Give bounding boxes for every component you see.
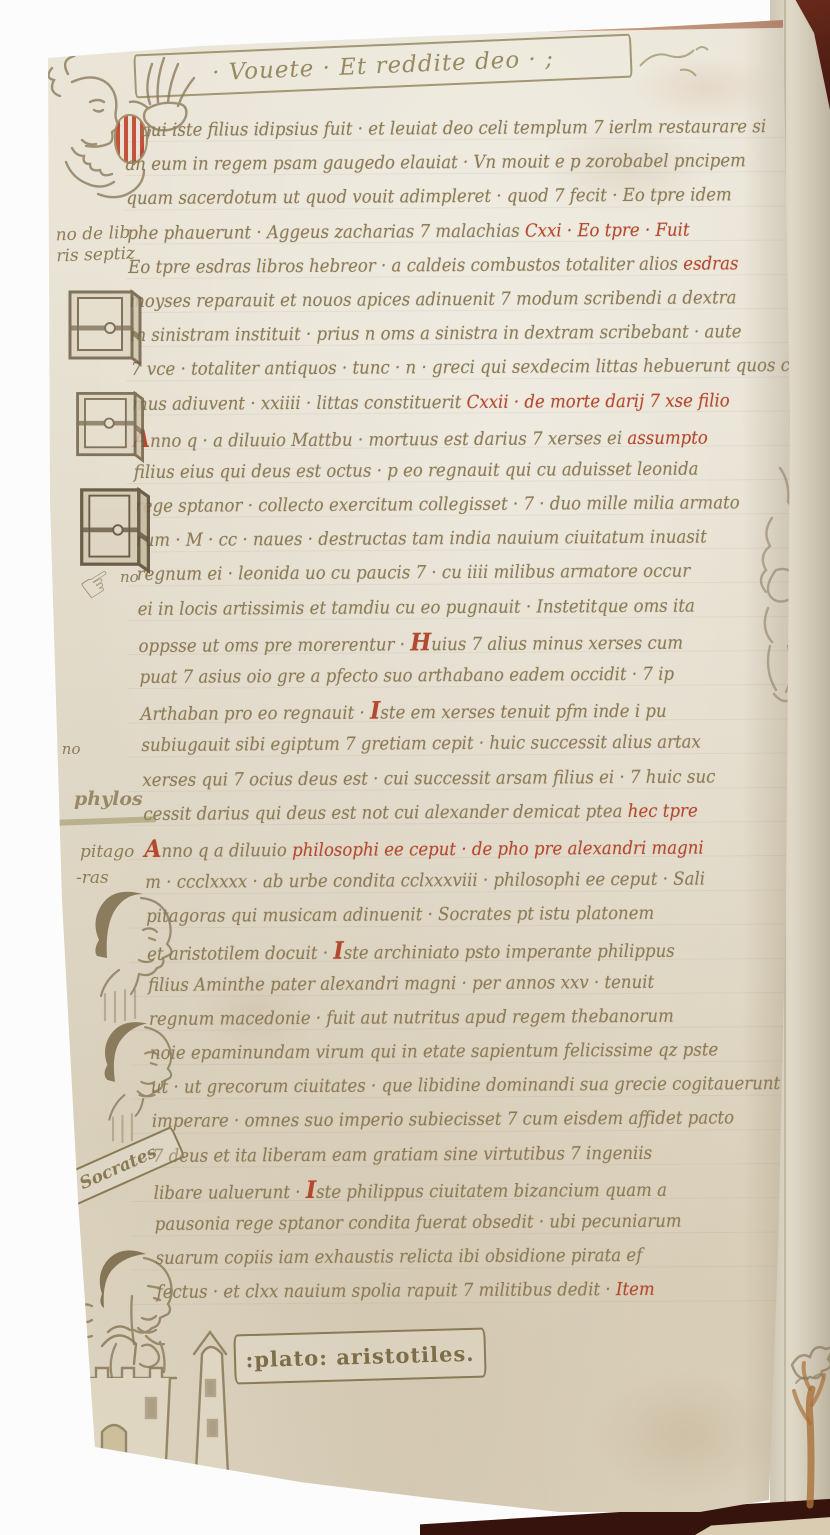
text-segment: m · ccclxxxx · ab urbe condita cclxxxvii…	[145, 869, 705, 893]
text-segment: ste em xerses tenuit pfm inde i pu	[380, 701, 666, 724]
text-segment: suarum copiis iam exhaustis relicta ibi …	[156, 1245, 643, 1269]
text-segment: nno q · a diluuio Mattbu · mortuus est d…	[150, 428, 627, 452]
text-segment: ei in locis artissimis et tamdiu cu eo p…	[138, 595, 695, 619]
text-segment: Eo tpre esdras libros hebreor · a caldei…	[128, 253, 683, 277]
margin-label-pitagoras: pitago	[80, 842, 134, 862]
text-line: Anno q a diluuio philosophi ee ceput · d…	[129, 828, 747, 866]
text-line: an eum in regem psam gaugedo elauiat · V…	[125, 144, 743, 182]
margin-note-nota: o no	[48, 740, 81, 758]
text-line: aui iste filius idipsius fuit · et leuia…	[124, 110, 742, 148]
text-line: xerses qui 7 ocius deus est · cui succes…	[128, 760, 746, 798]
plato-aristotle-banner-text: :plato: aristotiles.	[245, 1340, 475, 1371]
text-line: 7 vce · totaliter antiquos · tunc · n · …	[126, 350, 744, 388]
philosopher-head-drawing	[78, 886, 200, 1026]
text-segment: ut · ut grecorum ciuitates · que libidin…	[151, 1073, 780, 1098]
text-segment: regnum ei · leonida uo cu paucis 7 · cu …	[137, 561, 691, 585]
text-segment: libare ualuerunt ·	[154, 1182, 306, 1204]
manuscript-photo: · Vouete · Et reddite deo · ; aui iste f…	[0, 0, 830, 1535]
codex-icon	[76, 482, 156, 574]
text-segment: filius eius qui deus est octus · p eo re…	[134, 458, 699, 482]
text-line: puat 7 asius oio gre a pfecto suo arthab…	[128, 657, 746, 695]
banner-flourish	[636, 36, 716, 86]
text-segment: moyses reparauit et nouos apices adinuen…	[129, 287, 736, 312]
text-segment: cessit darius qui deus est not cui alexa…	[143, 801, 628, 825]
text-segment: 7 deus et ita liberam eam gratiam sine v…	[153, 1142, 652, 1166]
text-segment: nno q a diluuio	[161, 840, 292, 862]
text-line: libare ualuerunt · Iste philippus ciuita…	[131, 1170, 749, 1208]
text-segment: uius 7 alius minus xerses cum	[431, 632, 683, 655]
text-segment: Item	[616, 1279, 655, 1300]
text-segment: hec tpre	[628, 800, 698, 821]
text-segment: phe phauerunt · Aggeus zacharias 7 malac…	[127, 220, 525, 243]
text-line: in sinistram instituit · prius n oms a s…	[126, 315, 744, 353]
text-segment: A	[144, 834, 161, 863]
text-line: Arthaban pro eo regnauit · Iste em xerse…	[128, 691, 746, 729]
text-segment: ste archiniato psto imperante philippus	[344, 940, 675, 963]
text-line: filius Aminthe pater alexandri magni · p…	[130, 965, 748, 1003]
text-line: pitagoras qui musicam adinuenit · Socrat…	[129, 897, 747, 935]
margin-label-pitagoras: -ras	[76, 868, 109, 888]
text-block: aui iste filius idipsius fuit · et leuia…	[124, 110, 803, 1311]
text-line: quam sacerdotum ut quod vouit adimpleret…	[125, 179, 743, 217]
margin-label-philos: phylos	[74, 788, 143, 810]
text-segment: rege sptanor · collecto exercitum colleg…	[135, 492, 740, 517]
text-line: suarum copiis iam exhaustis relicta ibi …	[131, 1238, 749, 1276]
margin-note-books: no de lib ris septiz	[55, 223, 135, 268]
text-line: regnum macedonie · fuit aut nutritus apu…	[130, 999, 748, 1037]
text-segment: Arthaban pro eo regnauit ·	[140, 703, 370, 725]
text-line: moyses reparauit et nouos apices adinuen…	[125, 281, 743, 319]
plato-aristotle-banner: :plato: aristotiles.	[233, 1327, 486, 1384]
text-line: regnum ei · leonida uo cu paucis 7 · cu …	[127, 555, 745, 593]
text-line: m · ccclxxxx · ab urbe condita cclxxxvii…	[129, 862, 747, 900]
text-line: filius eius qui deus est octus · p eo re…	[126, 452, 744, 490]
text-line: phe phauerunt · Aggeus zacharias 7 malac…	[125, 213, 743, 251]
text-segment: rum · M · cc · naues · destructas tam in…	[136, 527, 707, 551]
text-line: fectus · et clxx nauium spolia rapuit 7 …	[131, 1273, 749, 1311]
text-line: oppsse ut oms pre morerentur · Huius 7 a…	[127, 623, 745, 661]
text-segment: oppsse ut oms pre morerentur ·	[139, 634, 411, 657]
text-segment: imperare · omnes suo imperio subiecisset…	[152, 1108, 734, 1133]
text-segment: 7 vce · totaliter antiquos · tunc · n · …	[131, 355, 824, 380]
text-segment: I	[306, 1175, 317, 1204]
text-segment: H	[410, 627, 431, 656]
text-segment: in sinistram instituit · prius n oms a s…	[130, 321, 742, 346]
text-segment: puat 7 asius oio gre a pfecto suo arthab…	[140, 664, 675, 688]
text-line: 7 deus et ita liberam eam gratiam sine v…	[131, 1136, 749, 1174]
text-segment: ste philippus ciuitatem bizancium quam a	[316, 1180, 667, 1203]
text-line: rege sptanor · collecto exercitum colleg…	[127, 486, 745, 524]
text-line: Anno q · a diluuio Mattbu · mortuus est …	[126, 418, 744, 456]
text-line: noie epaminundam virum qui in etate sapi…	[130, 1033, 748, 1071]
text-line: subiugauit sibi egiptum 7 gretiam cepit …	[128, 726, 746, 764]
text-segment: I	[333, 935, 344, 964]
text-segment: esdras	[683, 253, 738, 274]
tree-sketch	[786, 1325, 830, 1510]
text-line: mus adiuvent · xxiiii · littas constitue…	[126, 384, 744, 422]
text-segment: pitagoras qui musicam adinuenit · Socrat…	[146, 903, 654, 927]
text-segment: subiugauit sibi egiptum 7 gretiam cepit …	[141, 732, 701, 756]
title-banner-text: · Vouete · Et reddite deo · ;	[212, 46, 555, 86]
text-segment: assumpto	[627, 427, 708, 448]
text-line: imperare · omnes suo imperio subiecisset…	[130, 1102, 748, 1140]
text-segment: aui iste filius idipsius fuit · et leuia…	[141, 116, 766, 141]
philosopher-head-drawing	[88, 1014, 206, 1146]
text-segment: pausonia rege sptanor condita fuerat obs…	[155, 1211, 682, 1235]
parchment-page: · Vouete · Et reddite deo · ; aui iste f…	[0, 0, 830, 1535]
text-line: cessit darius qui deus est not cui alexa…	[129, 794, 747, 832]
text-segment: an eum in regem psam gaugedo elauiat · V…	[125, 150, 746, 175]
codex-icon	[72, 386, 150, 464]
text-segment: xerses qui 7 ocius deus est · cui succes…	[142, 766, 715, 790]
text-line: Eo tpre esdras libros hebreor · a caldei…	[125, 247, 743, 285]
parchment-stain	[590, 1370, 780, 1500]
text-segment: Cxxi · Eo tpre · Fuit	[525, 219, 690, 241]
margin-note-line: no de lib	[55, 223, 134, 247]
text-line: ei in locis artissimis et tamdiu cu eo p…	[127, 589, 745, 627]
text-segment: noie epaminundam virum qui in etate sapi…	[150, 1040, 718, 1064]
text-line: rum · M · cc · naues · destructas tam in…	[127, 521, 745, 559]
codex-icon	[64, 284, 148, 368]
text-segment: I	[370, 696, 381, 725]
text-line: et aristotilem docuit · Iste archiniato …	[129, 931, 747, 969]
text-segment: philosophi ee ceput · de pho pre alexand…	[292, 837, 704, 861]
text-segment: fectus · et clxx nauium spolia rapuit 7 …	[157, 1279, 616, 1303]
margin-note-line: ris septiz	[56, 244, 135, 268]
text-segment: filius Aminthe pater alexandri magni · p…	[148, 972, 654, 996]
text-segment: regnum macedonie · fuit aut nutritus apu…	[149, 1006, 674, 1030]
text-segment: mus adiuvent · xxiiii · littas constitue…	[132, 391, 467, 414]
text-segment: Cxxii · de morte darij 7 xse filio	[467, 390, 730, 413]
text-segment: quam sacerdotum ut quod vouit adimpleret…	[126, 185, 731, 210]
manicula-note: no	[120, 568, 139, 586]
text-line: ut · ut grecorum ciuitates · que libidin…	[130, 1068, 748, 1106]
text-line: pausonia rege sptanor condita fuerat obs…	[131, 1204, 749, 1242]
